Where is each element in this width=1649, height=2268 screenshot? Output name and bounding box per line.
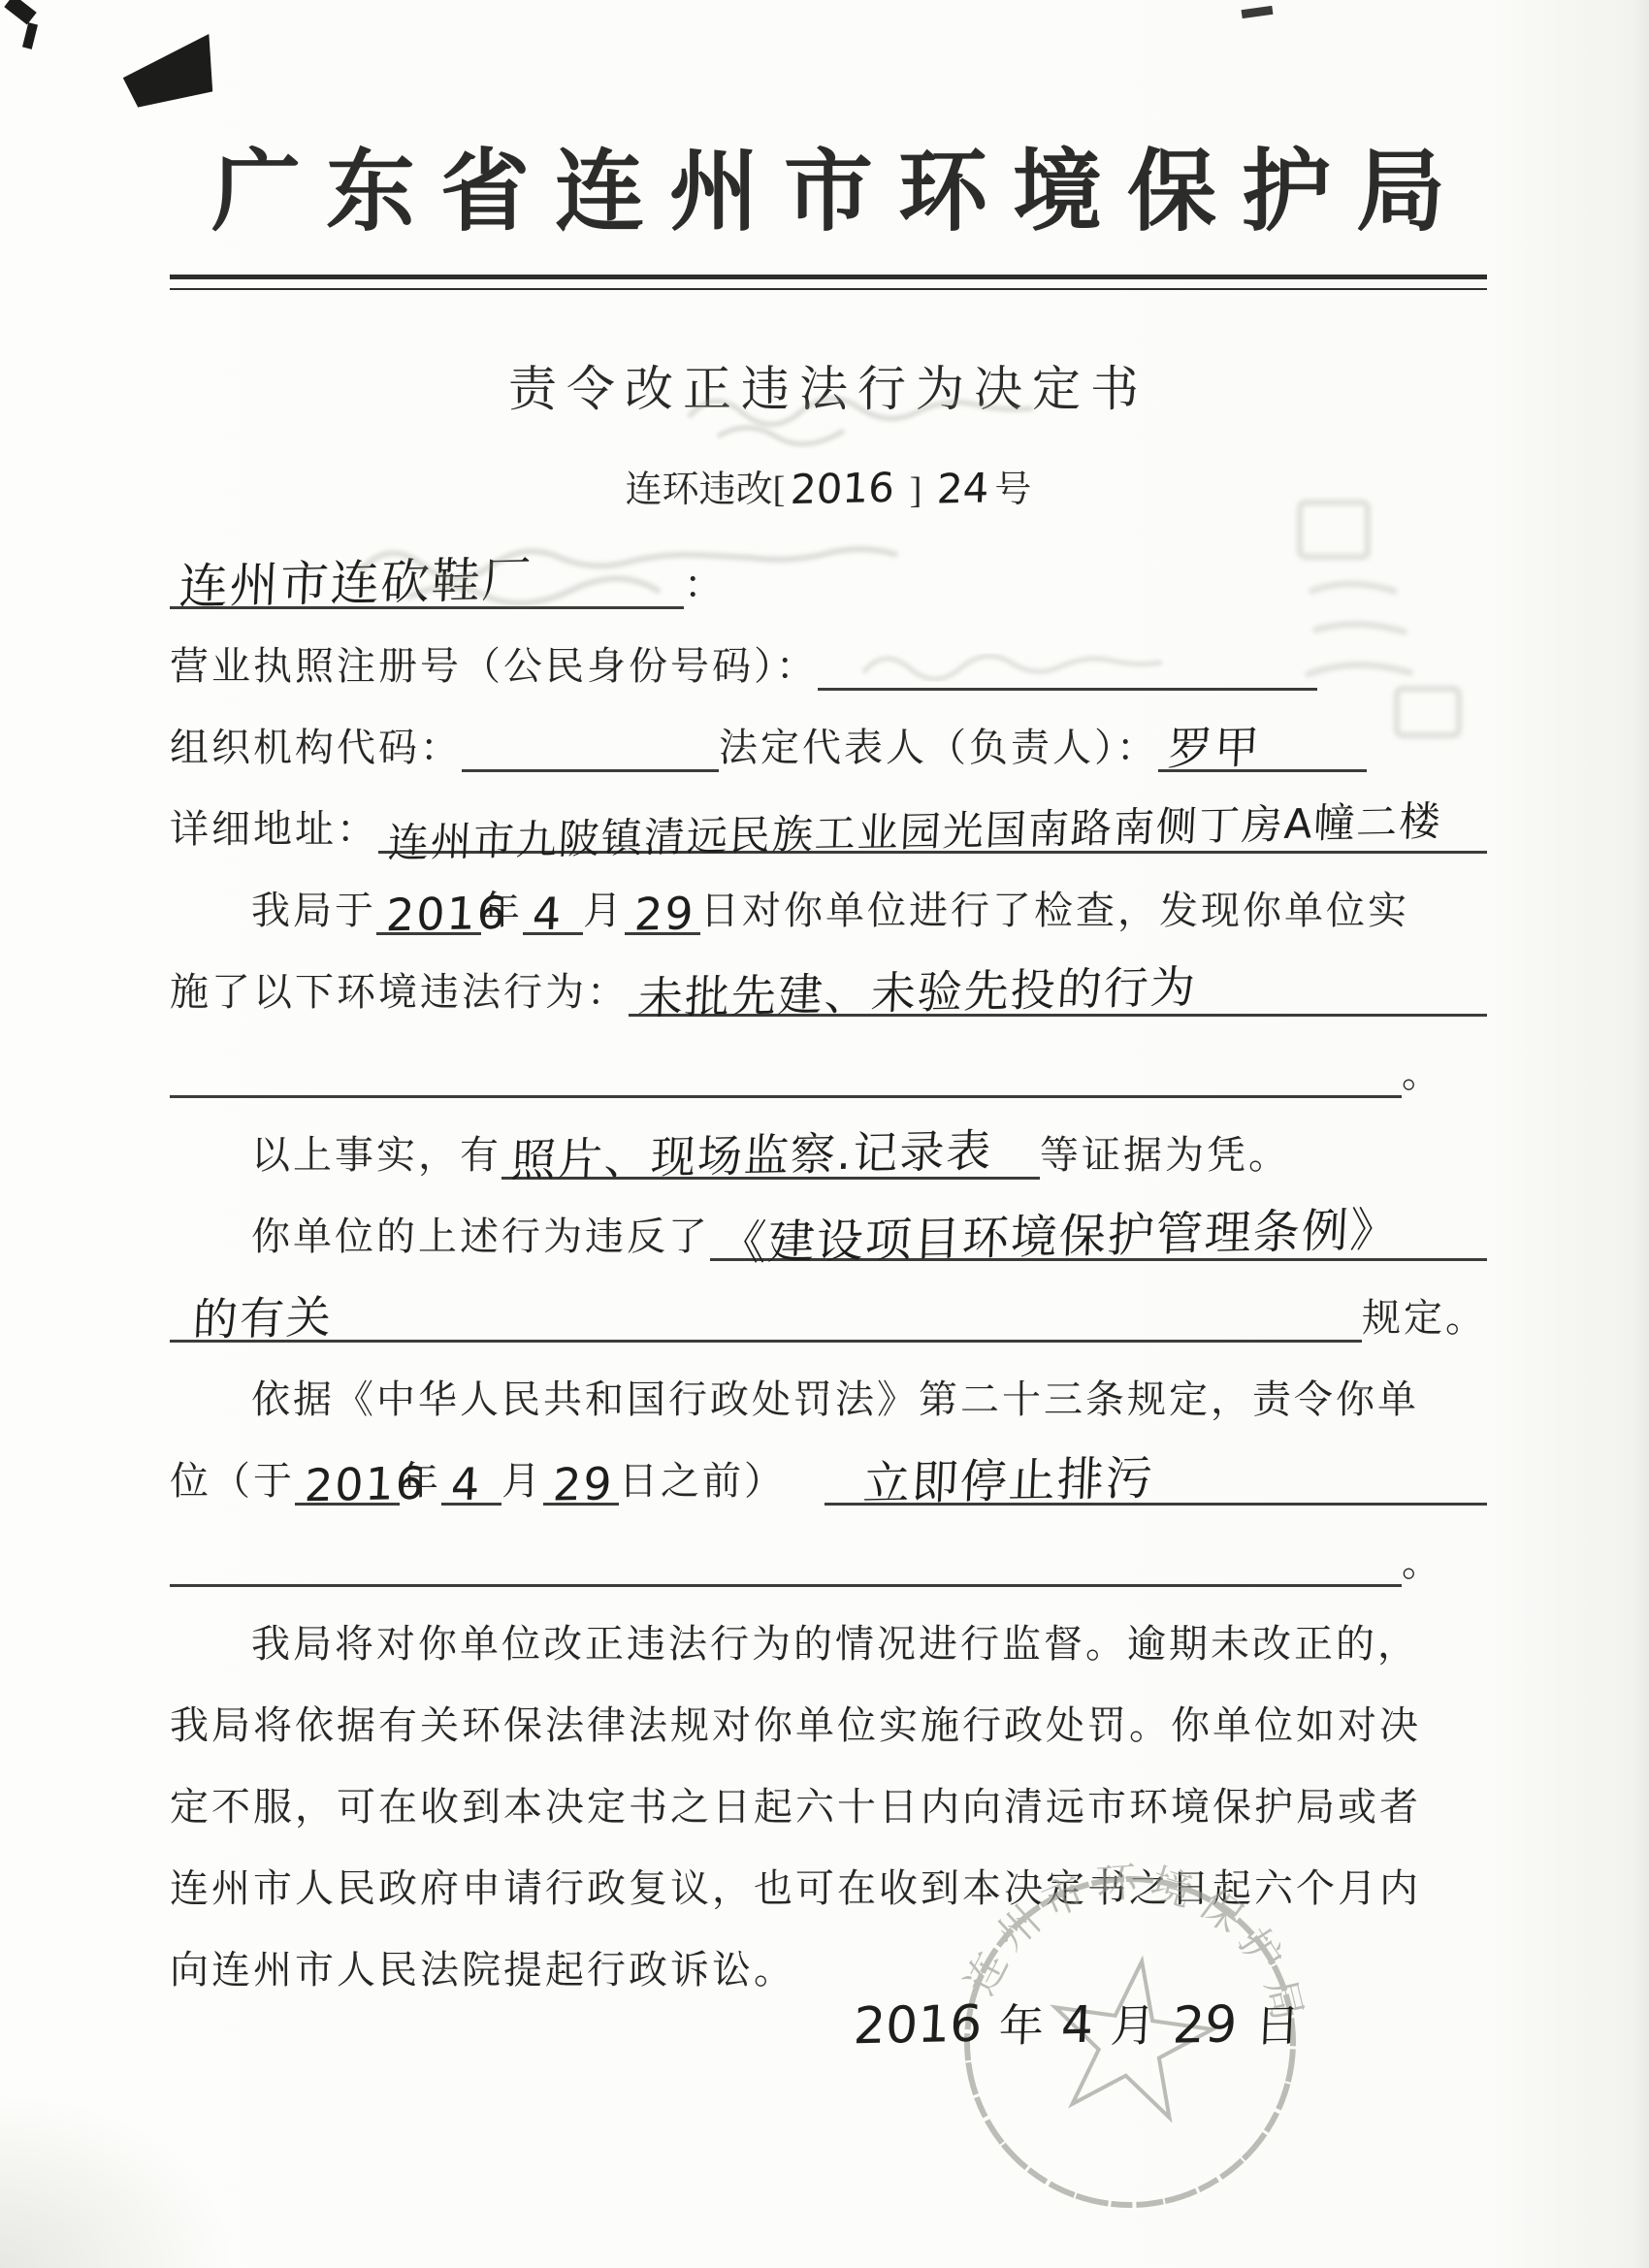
license-label: 营业执照注册号（公民身份号码）： xyxy=(170,635,818,691)
scan-shading xyxy=(0,2093,233,2268)
law-line-2: 的有关 规定。 xyxy=(170,1290,1487,1343)
law-line-1: 你单位的上述行为违反了 《建设项目环境保护管理条例》 xyxy=(170,1209,1487,1261)
inspection-day-handwritten: 29 xyxy=(633,887,696,940)
order-action-handwritten: 立即停止排污 xyxy=(861,1440,1155,1512)
law-post: 规定。 xyxy=(1362,1287,1487,1343)
order-period: 。 xyxy=(1402,1532,1443,1587)
order-continuation-field xyxy=(170,1536,1402,1587)
org-code-field xyxy=(462,721,719,772)
inspection-month-field: 4 xyxy=(523,884,583,935)
statute-handwritten: 《建设项目环境保护管理条例》 xyxy=(718,1191,1400,1273)
inspection-line-2: 施了以下环境违法行为： 未批先建、未验先投的行为 xyxy=(170,964,1487,1017)
doc-no-year-handwritten: 2016 xyxy=(790,463,895,512)
document-content: 广东省连州市环境保护局 责令改正违法行为决定书 连环违改[ 2016 ] 24 … xyxy=(0,0,1649,1994)
legal-rep-name-handwritten: 罗甲 xyxy=(1166,712,1262,778)
supervision-text: 向连州市人民法院提起行政诉讼。 xyxy=(170,1939,795,1994)
inspection-post: 日对你单位进行了检查，发现你单位实 xyxy=(700,880,1409,935)
address-line: 详细地址： 连州市九陂镇清远民族工业园光国南路南侧丁房A幢二楼 xyxy=(170,801,1487,854)
inspection-period: 。 xyxy=(1402,1043,1443,1098)
inspection-year-handwritten: 2016 xyxy=(385,886,509,941)
bleedthrough-ghost xyxy=(349,514,1048,621)
letterhead-divider xyxy=(170,275,1487,290)
agency-letterhead: 广东省连州市环境保护局 xyxy=(170,146,1487,240)
order-line-1: 依据《中华人民共和国行政处罚法》第二十三条规定，责令你单 xyxy=(170,1372,1487,1424)
bleedthrough-ghost xyxy=(1280,485,1513,757)
address-handwritten: 连州市九陂镇清远民族工业园光国南路南侧丁房A幢二楼 xyxy=(387,789,1443,869)
supervision-line: 定不服，可在收到本决定书之日起六十日内向清远市环境保护局或者 xyxy=(170,1779,1487,1831)
doc-no-suffix: 号 xyxy=(994,459,1031,512)
evidence-field: 照片、现场监察.记录表 xyxy=(501,1128,1040,1180)
law-pre: 你单位的上述行为违反了 xyxy=(251,1206,710,1261)
legal-rep-label: 法定代表人（负责人）： xyxy=(719,717,1158,772)
supervision-line: 我局将对你单位改正违法行为的情况进行监督。逾期未改正的， xyxy=(170,1616,1487,1669)
evidence-line: 以上事实，有 照片、现场监察.记录表 等证据为凭。 xyxy=(170,1127,1487,1180)
supervision-text: 定不服，可在收到本决定书之日起六十日内向清远市环境保护局或者 xyxy=(170,1776,1421,1831)
date-year-unit: 年 xyxy=(998,1990,1046,2055)
address-label: 详细地址： xyxy=(170,798,378,854)
doc-no-bracket: ] xyxy=(900,470,931,512)
inspection-day-field: 29 xyxy=(625,884,700,935)
violation-field: 未批先建、未验先投的行为 xyxy=(629,965,1487,1017)
order-line-2: 位（于 2016 年 4 月 29 日之前） 立即停止排污 xyxy=(170,1453,1487,1506)
inspection-year-field: 2016 xyxy=(376,884,481,935)
evidence-post: 等证据为凭。 xyxy=(1040,1124,1290,1180)
supervision-line: 我局将依据有关环保法律法规对你单位实施行政处罚。你单位如对决 xyxy=(170,1698,1487,1750)
date-year-handwritten: 2016 xyxy=(853,1995,984,2057)
inspection-month-handwritten: 4 xyxy=(532,887,565,940)
inspection-pre: 我局于 xyxy=(251,880,376,935)
order-text-1: 依据《中华人民共和国行政处罚法》第二十三条规定，责令你单 xyxy=(251,1369,1419,1424)
order-month-field: 4 xyxy=(441,1454,501,1506)
date-month-handwritten: 4 xyxy=(1060,1996,1095,2056)
evidence-pre: 以上事实，有 xyxy=(251,1124,501,1180)
bleedthrough-ghost xyxy=(679,369,1145,456)
order-year-handwritten: 2016 xyxy=(304,1456,428,1511)
address-field: 连州市九陂镇清远民族工业园光国南路南侧丁房A幢二楼 xyxy=(378,802,1487,854)
statute-field: 《建设项目环境保护管理条例》 xyxy=(710,1210,1487,1261)
supervision-text: 我局将依据有关环保法律法规对你单位实施行政处罚。你单位如对决 xyxy=(170,1695,1421,1750)
date-day-handwritten: 29 xyxy=(1172,1995,1239,2055)
evidence-handwritten: 照片、现场监察.记录表 xyxy=(509,1115,994,1188)
law-cont-handwritten: 的有关 xyxy=(191,1281,334,1348)
order-day-post: 日之前） xyxy=(619,1450,786,1506)
date-month-unit: 月 xyxy=(1110,1990,1157,2055)
bleedthrough-ghost xyxy=(854,635,1261,694)
law-continuation-field: 的有关 xyxy=(170,1291,1362,1343)
scanned-document-page: 广东省连州市环境保护局 责令改正违法行为决定书 连环违改[ 2016 ] 24 … xyxy=(0,0,1649,2268)
order-day-handwritten: 29 xyxy=(552,1457,615,1510)
order-month-unit: 月 xyxy=(501,1450,543,1506)
violation-continuation-field xyxy=(170,1047,1402,1098)
order-year-field: 2016 xyxy=(295,1454,400,1506)
order-day-field: 29 xyxy=(543,1454,619,1506)
supervision-text: 我局将对你单位改正违法行为的情况进行监督。逾期未改正的， xyxy=(251,1613,1419,1669)
inspection-month-unit: 月 xyxy=(583,880,625,935)
date-day-unit: 日 xyxy=(1253,1990,1301,2055)
doc-no-serial-handwritten: 24 xyxy=(936,464,990,512)
form-body: 连州市连砍鞋厂 ： 营业执照注册号（公民身份号码）： 组织机构代码： 法定代表人… xyxy=(170,557,1487,1994)
order-line2-pre: 位（于 xyxy=(170,1450,295,1506)
doc-no-prefix: 连环违改[ xyxy=(626,459,786,512)
order-action-field: 立即停止排污 xyxy=(824,1454,1487,1506)
order-line-3: 。 xyxy=(170,1535,1487,1587)
issue-date-line: 2016 年 4 月 29 日 xyxy=(854,1991,1300,2055)
order-month-handwritten: 4 xyxy=(450,1457,483,1510)
inspection-line-3: 。 xyxy=(170,1046,1487,1098)
violation-handwritten: 未批先建、未验先投的行为 xyxy=(636,952,1198,1027)
inspection-line-1: 我局于 2016 年 4 月 29 日对你单位进行了检查，发现你单位实 xyxy=(170,883,1487,935)
org-code-label: 组织机构代码： xyxy=(170,717,462,772)
violation-label: 施了以下环境违法行为： xyxy=(170,961,629,1017)
